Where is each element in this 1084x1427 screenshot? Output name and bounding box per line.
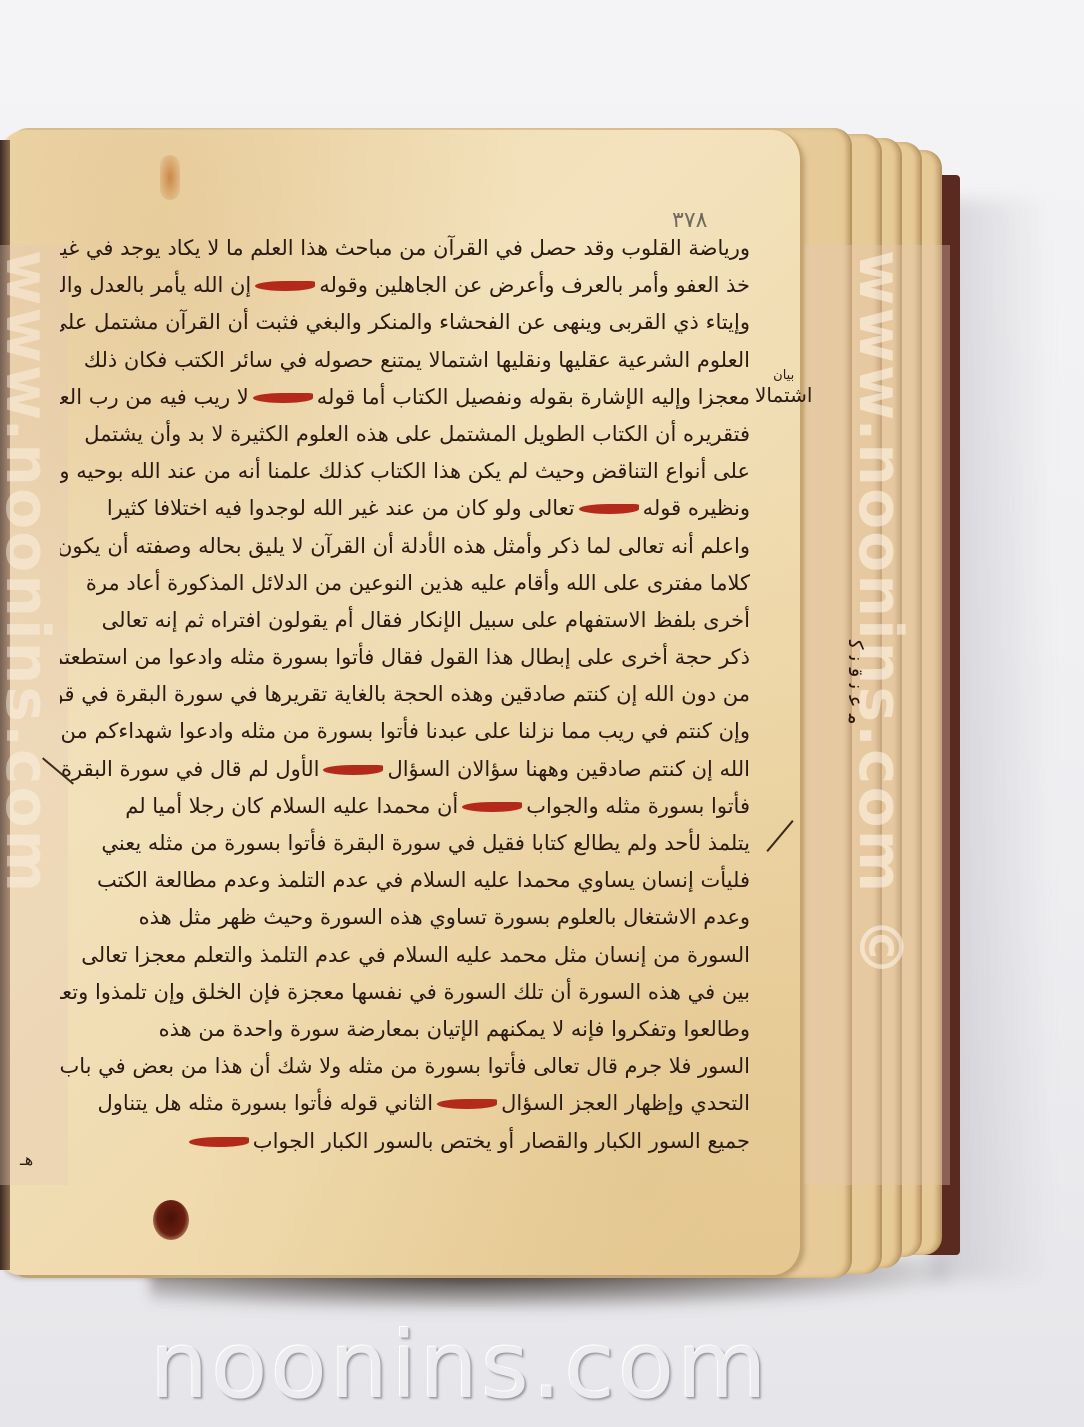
line-text: على أنواع التناقض وحيث لم يكن هذا الكتاب… <box>60 459 750 483</box>
line-text: التحدي وإظهار العجز السؤال <box>501 1091 750 1115</box>
line-text: واعلم أنه تعالى لما ذكر وأمثل هذه الأدلة… <box>60 534 750 558</box>
watermark-vertical-right: www.noonins.com © <box>845 250 915 979</box>
line-text: ورياضة القلوب وقد حصل في القرآن من مباحث… <box>60 236 750 260</box>
line-text: العلوم الشرعية عقليها ونقليها اشتمالا يم… <box>84 348 750 372</box>
water-stain <box>160 155 180 200</box>
manuscript-line: العلوم الشرعية عقليها ونقليها اشتمالا يم… <box>60 342 750 379</box>
leaf-edge-text: ﻣ ﻋ ﻧ ﻗ ﻧ ﻛ <box>838 640 868 725</box>
margin-note-line1: بيان <box>755 368 812 383</box>
manuscript-line: كلاما مفترى على الله وأقام عليه هذين الن… <box>60 565 750 602</box>
line-text: ذكر حجة أخرى على إبطال هذا القول فقال فأ… <box>60 645 750 669</box>
line-text: بين في هذه السورة أن تلك السورة في نفسها… <box>60 980 750 1004</box>
line-text: فليأت إنسان يساوي محمدا عليه السلام في ع… <box>97 868 750 892</box>
rubric-overline-mark <box>189 1137 249 1147</box>
line-text-after-rubric: أن محمدا عليه السلام كان رجلا أميا لم <box>125 794 458 818</box>
catchword: هـ <box>20 1150 33 1169</box>
manuscript-line: ورياضة القلوب وقد حصل في القرآن من مباحث… <box>60 230 750 267</box>
line-text: وطالعوا وتفكروا فإنه لا يمكنهم الإتيان ب… <box>159 1017 750 1041</box>
manuscript-line: بين في هذه السورة أن تلك السورة في نفسها… <box>60 974 750 1011</box>
line-text-after-rubric: لا ريب فيه من رب العالمين <box>60 385 249 409</box>
rubric-overline-mark <box>253 393 313 403</box>
line-text: خذ العفو وأمر بالعرف وأعرض عن الجاهلين و… <box>319 273 750 297</box>
manuscript-line: وإن كنتم في ريب مما نزلنا على عبدنا فأتو… <box>60 713 750 750</box>
margin-note: بيان اشتمالا <box>755 368 812 407</box>
manuscript-line: وإيتاء ذي القربى وينهى عن الفحشاء والمنك… <box>60 304 750 341</box>
line-text: الله إن كنتم صادقين وههنا سؤالان السؤال <box>387 757 750 781</box>
watermark-footer: noonins.com <box>140 1318 780 1413</box>
manuscript-line: ذكر حجة أخرى على إبطال هذا القول فقال فأ… <box>60 639 750 676</box>
line-text: كلاما مفترى على الله وأقام عليه هذين الن… <box>86 571 750 595</box>
manuscript-line: معجزا وإليه الإشارة بقوله ونفصيل الكتاب … <box>60 379 750 416</box>
manuscript-line: جميع السور الكبار والقصار أو يختص بالسور… <box>60 1123 750 1160</box>
line-text: من دون الله إن كنتم صادقين وهذه الحجة با… <box>60 682 750 706</box>
line-text: ونظيره قوله <box>643 496 750 520</box>
line-text: السورة من إنسان مثل محمد عليه السلام في … <box>81 943 750 967</box>
manuscript-line: فليأت إنسان يساوي محمدا عليه السلام في ع… <box>60 862 750 899</box>
manuscript-line: الله إن كنتم صادقين وههنا سؤالان السؤالا… <box>60 751 750 788</box>
manuscript-line: واعلم أنه تعالى لما ذكر وأمثل هذه الأدلة… <box>60 528 750 565</box>
line-text-after-rubric: الأول لم قال في سورة البقرة <box>61 757 319 781</box>
line-text: وعدم الاشتغال بالعلوم بسورة تساوي هذه ال… <box>139 905 750 929</box>
rubric-overline-mark <box>579 504 639 514</box>
line-text: يتلمذ لأحد ولم يطالع كتابا فقيل في سورة … <box>101 831 750 855</box>
line-text-after-rubric: إن الله يأمر بالعدل والإحسان <box>60 273 251 297</box>
rubric-overline-mark <box>437 1099 497 1109</box>
manuscript-line: ونظيره قولهتعالى ولو كان من عند غير الله… <box>60 490 750 527</box>
rubric-overline-mark <box>462 802 522 812</box>
manuscript-line: فتقريره أن الكتاب الطويل المشتمل على هذه… <box>60 416 750 453</box>
manuscript-line: خذ العفو وأمر بالعرف وأعرض عن الجاهلين و… <box>60 267 750 304</box>
manuscript-line: وطالعوا وتفكروا فإنه لا يمكنهم الإتيان ب… <box>60 1011 750 1048</box>
line-text-after-rubric: تعالى ولو كان من عند غير الله لوجدوا فيه… <box>107 496 575 520</box>
manuscript-line: وعدم الاشتغال بالعلوم بسورة تساوي هذه ال… <box>60 899 750 936</box>
line-text: وإن كنتم في ريب مما نزلنا على عبدنا فأتو… <box>60 719 750 743</box>
line-text: السور فلا جرم قال تعالى فأتوا بسورة من م… <box>60 1054 750 1078</box>
manuscript-line: فأتوا بسورة مثله والجوابأن محمدا عليه ال… <box>60 788 750 825</box>
margin-note-line2: اشتمالا <box>755 383 812 407</box>
manuscript-line: التحدي وإظهار العجز السؤالالثاني قوله فأ… <box>60 1085 750 1122</box>
watermark-vertical-left: www.noonins.com <box>0 250 62 894</box>
line-text-after-rubric: الثاني قوله فأتوا بسورة مثله هل يتناول <box>98 1091 434 1115</box>
manuscript-text: ورياضة القلوب وقد حصل في القرآن من مباحث… <box>60 230 750 1160</box>
manuscript-line: السور فلا جرم قال تعالى فأتوا بسورة من م… <box>60 1048 750 1085</box>
manuscript-line: أخرى بلفظ الاستفهام على سبيل الإنكار فقا… <box>60 602 750 639</box>
line-text: فتقريره أن الكتاب الطويل المشتمل على هذه… <box>84 422 750 446</box>
line-text: فأتوا بسورة مثله والجواب <box>526 794 750 818</box>
rubric-overline-mark <box>323 765 383 775</box>
manuscript-line: يتلمذ لأحد ولم يطالع كتابا فقيل في سورة … <box>60 825 750 862</box>
rubric-overline-mark <box>255 281 315 291</box>
manuscript-line: من دون الله إن كنتم صادقين وهذه الحجة با… <box>60 676 750 713</box>
line-text: وإيتاء ذي القربى وينهى عن الفحشاء والمنك… <box>60 310 750 334</box>
line-text: أخرى بلفظ الاستفهام على سبيل الإنكار فقا… <box>102 608 750 632</box>
manuscript-line: على أنواع التناقض وحيث لم يكن هذا الكتاب… <box>60 453 750 490</box>
line-text: جميع السور الكبار والقصار أو يختص بالسور… <box>253 1129 750 1153</box>
ink-blot <box>153 1200 189 1240</box>
line-text: معجزا وإليه الإشارة بقوله ونفصيل الكتاب … <box>317 385 750 409</box>
manuscript-line: السورة من إنسان مثل محمد عليه السلام في … <box>60 937 750 974</box>
